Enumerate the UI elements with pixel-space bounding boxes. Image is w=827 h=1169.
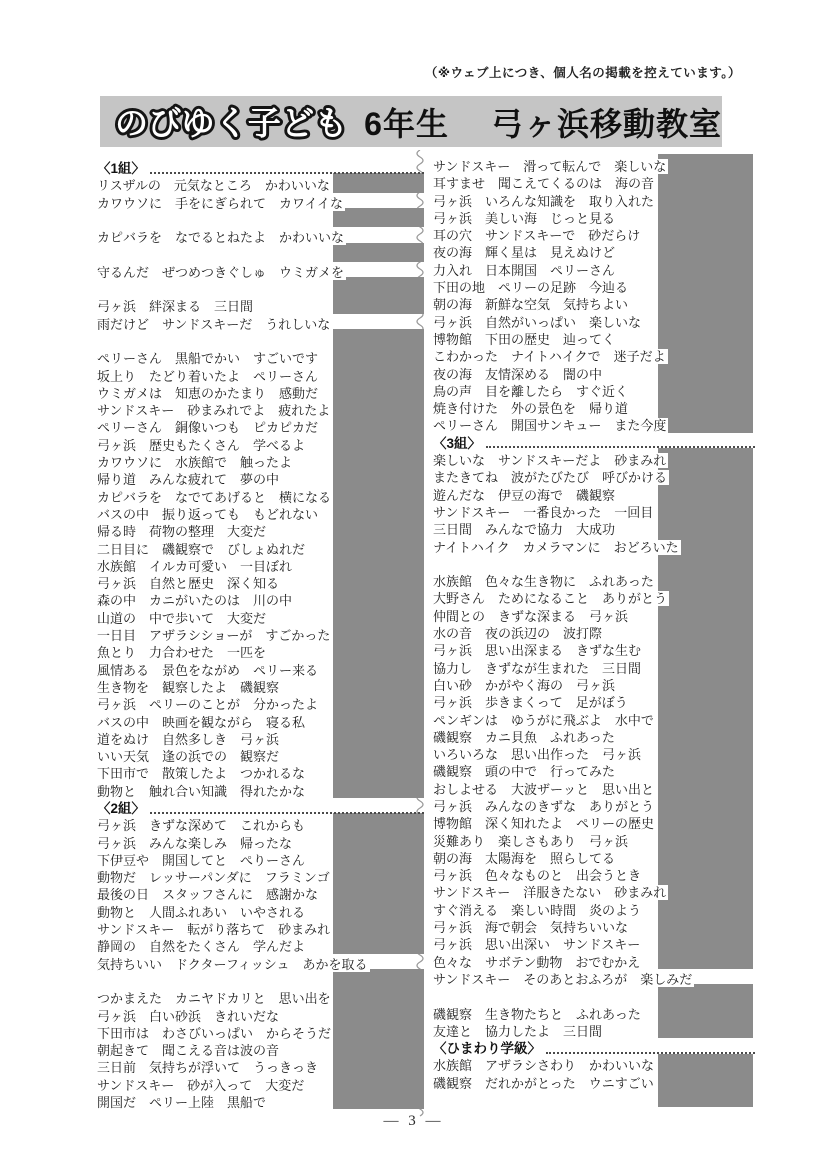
section-header: 〈1組〉 [97,160,424,177]
poem-line: 水族館 アザラシさわり かわいいな [433,1057,755,1074]
poem-text: 力入れ 日本開国 ペリーさん [433,263,617,278]
poem-text: 弓ヶ浜 みんなのきずな ありがとう [433,799,656,814]
poem-line: 耳すませ 聞こえてくるのは 海の音 [433,175,755,192]
poem-line: 動物と 触れ合い知識 得れたかな [97,783,424,800]
poem-text: サンドスキー 滑って転んで 楽しいな [433,159,668,174]
grade-title: 6年生 [364,99,449,145]
poem-line: 色々な サボテン動物 おでむかえ [433,954,755,971]
poem-text: 風情ある 景色をながめ ペリー来る [97,663,320,678]
poem-line: 帰る時 荷物の整理 大変だ [97,523,424,540]
poem-line: ペンギンは ゆうがに飛ぶよ 水中で [433,712,755,729]
poem-line: 弓ヶ浜 思い出深まる きずな生む [433,642,755,659]
poem-line: 水の音 夜の浜辺の 波打際 [433,625,755,642]
title-banner: のびゆく子ども 6年生 弓ヶ浜移動教室 [100,96,722,147]
poem-text: サンドスキー 洋服きたない 砂まみれ [433,885,668,900]
bubble-title-art: のびゆく子ども [108,98,354,146]
poem-line: 弓ヶ浜 きずな深めて これからも [97,817,424,834]
poem-text: カピバラを なでてあげると 横になる [97,490,333,505]
poem-text: 磯観察 だれかがとった ウニすごい [433,1076,656,1091]
blank-line [97,281,424,298]
poem-text: 夜の海 輝く星は 見えぬけど [433,245,617,260]
poem-text: 磯観察 頭の中で 行ってみた [433,764,617,779]
poem-text: 耳の穴 サンドスキーで 砂だらけ [433,228,642,243]
poem-line: 朝の海 太陽海を 照らしてる [433,850,755,867]
blank-line [97,333,424,350]
poem-line: 下伊豆や 開国してと ぺりーさん [97,852,424,869]
poem-line: 弓ヶ浜 みんなのきずな ありがとう [433,798,755,815]
poem-text: 弓ヶ浜 自然がいっぱい 楽しいな [433,315,643,330]
poem-text: 坂上り たどり着いたよ ペリーさん [97,369,320,384]
poem-text: 弓ヶ浜 美しい海 じっと見る [433,211,617,226]
poem-text: 弓ヶ浜 白い砂浜 きれいだな [97,1009,281,1024]
poem-text: 博物館 深く知れたよ ペリーの歴史 [433,816,656,831]
dotted-leader [150,812,424,814]
section-header: 〈2組〉 [97,800,424,817]
poem-line: リスザルの 元気なところ かわいいな [97,177,424,194]
poem-text: 白い砂 かがやく海の 弓ヶ浜 [433,678,617,693]
blank-line [433,556,755,573]
poem-line: ペリーさん 黒船でかい すごいです [97,350,424,367]
poem-line: 夜の海 輝く星は 見えぬけど [433,244,755,261]
poem-line: いろいろな 思い出作った 弓ヶ浜 [433,746,755,763]
poem-line: 協力し きずなが生まれた 三日間 [433,660,755,677]
poem-text: 博物館 下田の歴史 辿ってく [433,332,617,347]
poem-line: 朝の海 新鮮な空気 気持ちよい [433,296,755,313]
poem-line: 生き物を 観察したよ 磯観察 [97,679,424,696]
poem-line: 弓ヶ浜 自然がいっぱい 楽しいな [433,314,755,331]
poem-line: 朝起きて 聞こえる音は波の音 [97,1042,424,1059]
poem-line: 坂上り たどり着いたよ ペリーさん [97,368,424,385]
poem-line: 山道の 中で歩いて 大変だ [97,610,424,627]
poem-line: 焼き付けた 外の景色を 帰り道 [433,400,755,417]
poem-text: ペリーさん 開国サンキュー また今度 [433,418,668,433]
poem-text: ナイトハイク カメラマンに おどろいた [433,540,681,555]
poem-text: ペリーさん 銅像いつも ピカピカだ [97,420,320,435]
poem-text: サンドスキー 転がり落ちて 砂まみれ [97,922,332,937]
poem-text: 下田市は わさびいっぱい からそうだ [97,1026,333,1041]
poem-line: 三日前 気持ちが浮いて うっきっき [97,1059,424,1076]
poem-text: 磯観察 カニ貝魚 ふれあった [433,730,617,745]
poem-line: 力入れ 日本開国 ペリーさん [433,262,755,279]
poem-text: 弓ヶ浜 みんな楽しみ 帰ったな [97,836,294,851]
poem-line: 水族館 イルカ可愛い 一目ぼれ [97,558,424,575]
privacy-note: （※ウェブ上につき、個人名の掲載を控えています。） [425,63,741,81]
poem-text: 弓ヶ浜 思い出深い サンドスキー [433,937,642,952]
poem-line: 弓ヶ浜 歴史もたくさん 学べるよ [97,437,424,454]
poem-line: 森の中 カニがいたのは 川の中 [97,592,424,609]
poem-line: ペリーさん 開国サンキュー また今度 [433,417,755,434]
poem-text: 弓ヶ浜 海で朝会 気持ちいいな [433,920,630,935]
poem-line: 三日間 みんなで協力 大成功 [433,521,755,538]
poem-text: 色々な サボテン動物 おでむかえ [433,955,642,970]
poem-line: 魚とり 力合わせた 一匹を [97,644,424,661]
poem-line: つかまえた カニヤドカリと 思い出を [97,990,424,1007]
poem-text: 朝の海 新鮮な空気 気持ちよい [433,297,630,312]
poem-line: ナイトハイク カメラマンに おどろいた [433,539,755,556]
poem-text: 耳すませ 聞こえてくるのは 海の音 [433,176,656,191]
poem-text: サンドスキー そのあとおふろが 楽しみだ [433,972,694,987]
poem-line: 動物だ レッサーパンダに フラミンゴ [97,869,424,886]
poem-text: 鳥の声 目を離したら すぐ近く [433,384,630,399]
blank-line [97,212,424,229]
section-title: 〈1組〉 [97,160,145,178]
poem-text: 生き物を 観察したよ 磯観察 [97,680,281,695]
poem-line: カピバラを なでるとねたよ かわいいな [97,229,424,246]
poem-line: バスの中 映画を観ながら 寝る私 [97,714,424,731]
poem-line: 災難あり 楽しさもあり 弓ヶ浜 [433,833,755,850]
poem-line: 最後の日 スタッフさんに 感謝かな [97,886,424,903]
poem-text: 焼き付けた 外の景色を 帰り道 [433,401,630,416]
poem-text: 弓ヶ浜 色々なものと 出会うとき [433,868,643,883]
poem-line: カワウソに 水族館で 触ったよ [97,454,424,471]
poem-text: 一日目 アザラシショーが すごかった [97,628,332,643]
poem-line: 遊んだな 伊豆の海で 磯観察 [433,487,755,504]
poem-line: 弓ヶ浜 色々なものと 出会うとき [433,867,755,884]
poem-text: 森の中 カニがいたのは 川の中 [97,593,294,608]
poem-line: 鳥の声 目を離したら すぐ近く [433,383,755,400]
poem-line: サンドスキー 一番良かった 一回目 [433,504,755,521]
poem-text: 弓ヶ浜 ペリーのことが 分かったよ [97,697,320,712]
poem-text: 弓ヶ浜 思い出深まる きずな生む [433,643,643,658]
poem-line: 弓ヶ浜 みんな楽しみ 帰ったな [97,835,424,852]
poem-line: 弓ヶ浜 ペリーのことが 分かったよ [97,696,424,713]
poem-text: 遊んだな 伊豆の海で 磯観察 [433,488,617,503]
poem-line: 動物と 人間ふれあい いやされる [97,904,424,921]
poem-line: 弓ヶ浜 思い出深い サンドスキー [433,936,755,953]
poem-line: 磯観察 カニ貝魚 ふれあった [433,729,755,746]
poem-text: 下田の地 ペリーの足跡 今辿る [433,280,630,295]
left-poem-column: 〈1組〉リスザルの 元気なところ かわいいなカワウソに 手をにぎられて カワイイ… [97,160,424,1129]
poem-line: 二日目に 磯観察で びしょぬれだ [97,541,424,558]
poem-line: サンドスキー 転がり落ちて 砂まみれ [97,921,424,938]
poem-text: 下田市で 散策したよ つかれるな [97,766,307,781]
poem-text: こわかった ナイトハイクで 迷子だよ [433,349,668,364]
poem-text: 気持ちいい ドクターフィッシュ あかを取る [97,957,370,972]
poem-text: カピバラを なでるとねたよ かわいいな [97,230,346,245]
poem-line: こわかった ナイトハイクで 迷子だよ [433,348,755,365]
poem-text: 弓ヶ浜 絆深まる 三日間 [97,299,255,314]
poem-text: 下伊豆や 開国してと ぺりーさん [97,853,307,868]
poem-line: 友達と 協力したよ 三日間 [433,1023,755,1040]
poem-text: おしよせる 大波ザーッと 思い出と [433,782,656,797]
poem-line: 弓ヶ浜 自然と歴史 深く知る [97,575,424,592]
poem-line: ウミガメは 知恵のかたまり 感動だ [97,385,424,402]
poem-line: 夜の海 友情深める 闇の中 [433,366,755,383]
poem-text: 大野さん ためになること ありがとう [433,591,669,606]
poem-line: 磯観察 だれかがとった ウニすごい [433,1075,755,1092]
poem-line: 博物館 下田の歴史 辿ってく [433,331,755,348]
poem-text: 道をぬけ 自然多しき 弓ヶ浜 [97,732,281,747]
poem-text: 磯観察 生き物たちと ふれあった [433,1007,643,1022]
poem-text: 楽しいな サンドスキーだよ 砂まみれ [433,453,668,468]
poem-text: 守るんだ ぜつめつきぐしゅ ウミガメを [97,265,346,280]
poem-line: 弓ヶ浜 海で朝会 気持ちいいな [433,919,755,936]
poem-text: 雨だけど サンドスキーだ うれしいな [97,317,332,332]
poem-line: 博物館 深く知れたよ ペリーの歴史 [433,815,755,832]
poem-text: リスザルの 元気なところ かわいいな [97,178,332,193]
poem-line: 大野さん ためになること ありがとう [433,590,755,607]
poem-line: すぐ消える 楽しい時間 炎のよう [433,902,755,919]
poem-text: 山道の 中で歩いて 大変だ [97,611,268,626]
poem-line: 白い砂 かがやく海の 弓ヶ浜 [433,677,755,694]
section-title: 〈2組〉 [97,800,145,818]
poem-line: またきてね 波がたびたび 呼びかける [433,469,755,486]
poem-line: いい天気 逢の浜での 観察だ [97,748,424,765]
poem-text: 弓ヶ浜 自然と歴史 深く知る [97,576,281,591]
poem-text: 弓ヶ浜 きずな深めて これからも [97,818,307,833]
poem-line: カピバラを なでてあげると 横になる [97,489,424,506]
poem-line: 磯観察 生き物たちと ふれあった [433,1006,755,1023]
poem-line: 弓ヶ浜 いろんな知識を 取り入れた [433,193,755,210]
poem-text: 災難あり 楽しさもあり 弓ヶ浜 [433,834,630,849]
poem-line: サンドスキー 洋服きたない 砂まみれ [433,884,755,901]
poem-line: サンドスキー 砂が入って 大変だ [97,1077,424,1094]
poem-line: 弓ヶ浜 美しい海 じっと見る [433,210,755,227]
poem-text: 弓ヶ浜 いろんな知識を 取り入れた [433,194,656,209]
poem-text: いい天気 逢の浜での 観察だ [97,749,281,764]
poem-line: 仲間との きずな深まる 弓ヶ浜 [433,608,755,625]
poem-line: 弓ヶ浜 白い砂浜 きれいだな [97,1008,424,1025]
section-header: 〈ひまわり学級〉 [433,1040,755,1057]
poem-text: 三日前 気持ちが浮いて うっきっき [97,1060,320,1075]
blank-line [97,246,424,263]
poem-text: 動物と 触れ合い知識 得れたかな [97,784,307,799]
poem-line: 磯観察 頭の中で 行ってみた [433,763,755,780]
poem-line: 帰り道 みんな疲れて 夢の中 [97,471,424,488]
poem-text: 水の音 夜の浜辺の 波打際 [433,626,604,641]
poem-text: 帰る時 荷物の整理 大変だ [97,524,268,539]
poem-text: 動物だ レッサーパンダに フラミンゴ [97,870,332,885]
poem-text: 水族館 アザラシさわり かわいいな [433,1058,656,1073]
poem-text: いろいろな 思い出作った 弓ヶ浜 [433,747,643,762]
blank-line [97,973,424,990]
blank-line [97,1111,424,1128]
poem-text: 魚とり 力合わせた 一匹を [97,645,268,660]
dotted-leader [486,446,755,448]
section-title: 〈ひまわり学級〉 [433,1040,541,1058]
poem-text: ウミガメは 知恵のかたまり 感動だ [97,386,320,401]
poem-text: 朝起きて 聞こえる音は波の音 [97,1043,281,1058]
poem-text: ペリーさん 黒船でかい すごいです [97,351,320,366]
poem-text: 動物と 人間ふれあい いやされる [97,905,307,920]
bubble-title-text: のびゆく子ども [115,105,347,142]
poem-text: 友達と 協力したよ 三日間 [433,1024,604,1039]
poem-line: 弓ヶ浜 歩きまくって 足がぼう [433,694,755,711]
poem-line: 開国だ ペリー上陸 黒船で [97,1094,424,1111]
poem-line: ペリーさん 銅像いつも ピカピカだ [97,419,424,436]
poem-line: カワウソに 手をにぎられて カワイイな [97,195,424,212]
poem-text: サンドスキー 一番良かった 一回目 [433,505,655,520]
poem-line: おしよせる 大波ザーッと 思い出と [433,781,755,798]
poem-text: 水族館 イルカ可愛い 一目ぼれ [97,559,294,574]
poem-line: 楽しいな サンドスキーだよ 砂まみれ [433,452,755,469]
poem-text: カワウソに 水族館で 触ったよ [97,455,294,470]
poem-text: サンドスキー 砂まみれでよ 疲れたよ [97,403,332,418]
dotted-leader [150,172,424,174]
poem-line: 守るんだ ぜつめつきぐしゅ ウミガメを [97,264,424,281]
poem-text: 朝の海 太陽海を 照らしてる [433,851,617,866]
poem-line: 一日目 アザラシショーが すごかった [97,627,424,644]
poem-text: 水族館 色々な生き物に ふれあった [433,574,656,589]
poem-text: サンドスキー 砂が入って 大変だ [97,1078,306,1093]
poem-text: 夜の海 友情深める 闇の中 [433,367,604,382]
poem-line: サンドスキー 滑って転んで 楽しいな [433,158,755,175]
poem-text: バスの中 映画を観ながら 寝る私 [97,715,307,730]
poem-text: バスの中 振り返っても もどれない [97,507,320,522]
section-header: 〈3組〉 [433,435,755,452]
poem-text: すぐ消える 楽しい時間 炎のよう [433,903,643,918]
poem-line: バスの中 振り返っても もどれない [97,506,424,523]
poem-text: 静岡の 自然をたくさん 学んだよ [97,939,307,954]
poem-line: 下田市は わさびいっぱい からそうだ [97,1025,424,1042]
poem-text: ペンギンは ゆうがに飛ぶよ 水中で [433,713,656,728]
poem-line: 水族館 色々な生き物に ふれあった [433,573,755,590]
poem-text: つかまえた カニヤドカリと 思い出を [97,991,333,1006]
poem-text: 開国だ ペリー上陸 黒船で [97,1095,268,1110]
poem-line: 下田の地 ペリーの足跡 今辿る [433,279,755,296]
poem-text: 弓ヶ浜 歴史もたくさん 学べるよ [97,438,307,453]
right-poem-column: サンドスキー 滑って転んで 楽しいな耳すませ 聞こえてくるのは 海の音弓ヶ浜 い… [433,158,755,1109]
poem-line: 静岡の 自然をたくさん 学んだよ [97,938,424,955]
poem-text: 仲間との きずな深まる 弓ヶ浜 [433,609,630,624]
poem-line: サンドスキー そのあとおふろが 楽しみだ [433,971,755,988]
poem-text: 最後の日 スタッフさんに 感謝かな [97,887,320,902]
poem-line: 雨だけど サンドスキーだ うれしいな [97,316,424,333]
event-title: 弓ヶ浜移動教室 [491,99,722,145]
poem-text: カワウソに 手をにぎられて カワイイな [97,196,345,211]
poem-line: 耳の穴 サンドスキーで 砂だらけ [433,227,755,244]
poem-text: またきてね 波がたびたび 呼びかける [433,470,669,485]
poem-text: 協力し きずなが生まれた 三日間 [433,661,643,676]
blank-line [433,988,755,1005]
blank-line [433,1092,755,1109]
poem-text: 三日間 みんなで協力 大成功 [433,522,617,537]
poem-text: 二日目に 磯観察で びしょぬれだ [97,542,307,557]
section-title: 〈3組〉 [433,435,481,453]
poem-line: 弓ヶ浜 絆深まる 三日間 [97,298,424,315]
newsletter-page: （※ウェブ上につき、個人名の掲載を控えています。） のびゆく子ども 6年生 弓ヶ… [0,0,827,1169]
poem-line: 気持ちいい ドクターフィッシュ あかを取る [97,956,424,973]
poem-line: サンドスキー 砂まみれでよ 疲れたよ [97,402,424,419]
poem-line: 下田市で 散策したよ つかれるな [97,765,424,782]
poem-text: 弓ヶ浜 歩きまくって 足がぼう [433,695,630,710]
dotted-leader [546,1052,755,1054]
poem-text: 帰り道 みんな疲れて 夢の中 [97,472,281,487]
poem-line: 風情ある 景色をながめ ペリー来る [97,662,424,679]
poem-line: 道をぬけ 自然多しき 弓ヶ浜 [97,731,424,748]
